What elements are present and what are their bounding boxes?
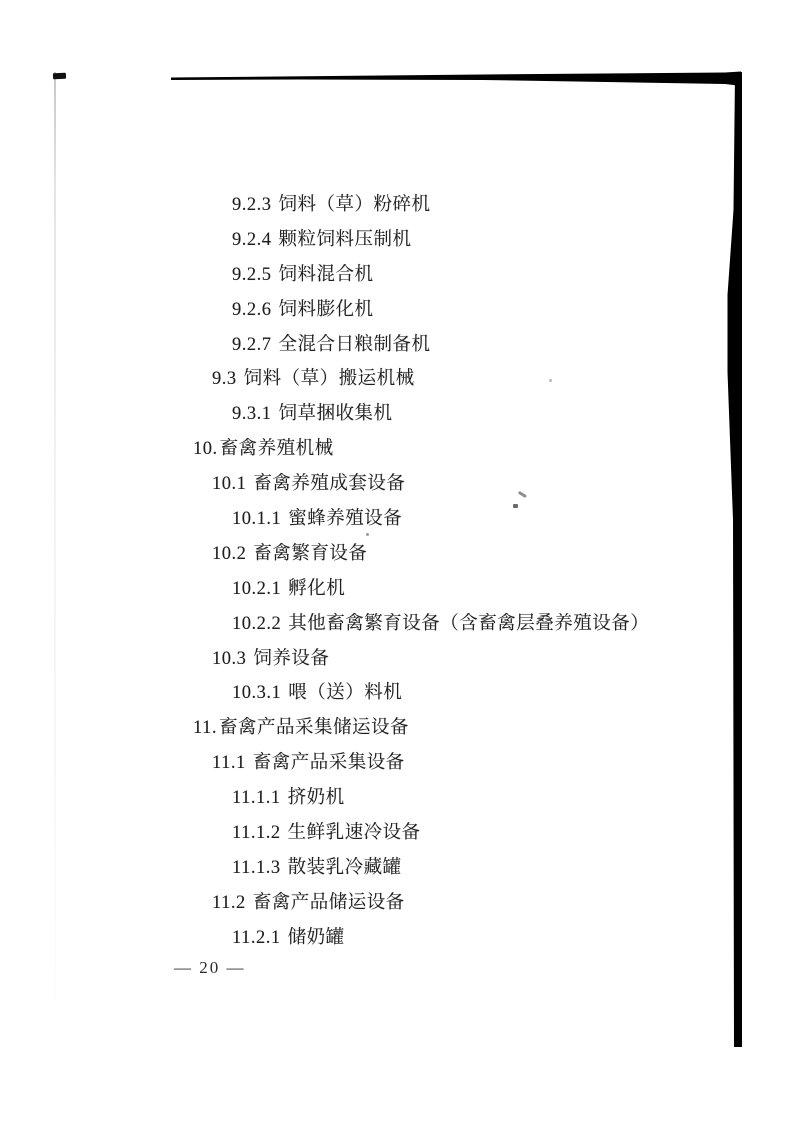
- item-label: 饲料混合机: [279, 265, 374, 285]
- item-label: 饲料膨化机: [279, 300, 374, 320]
- list-item: 11.1.1挤奶机: [0, 781, 700, 816]
- item-label: 畜禽繁育设备: [253, 544, 367, 564]
- item-label: 饲料（草）搬运机械: [244, 369, 415, 389]
- list-item: 11.2.1储奶罐: [0, 921, 700, 956]
- item-number: 9.3.1: [232, 404, 272, 424]
- item-label: 畜禽产品采集设备: [253, 753, 405, 773]
- list-item: 10.2畜禽繁育设备: [0, 537, 700, 572]
- item-number: 10.1: [212, 474, 246, 494]
- list-item: 10.2.1孵化机: [0, 572, 700, 607]
- list-item: 10.3.1喂（送）料机: [0, 676, 700, 711]
- list-item: 10.3饲养设备: [0, 642, 700, 677]
- item-number: 9.2.7: [232, 335, 272, 355]
- list-item: 9.3.1饲草捆收集机: [0, 397, 700, 432]
- item-label: 畜禽养殖机械: [220, 439, 334, 459]
- item-number: 11.1.2: [232, 823, 281, 843]
- document-page: 9.2.3饲料（草）粉碎机9.2.4颗粒饲料压制机9.2.5饲料混合机9.2.6…: [0, 0, 794, 1122]
- item-label: 颗粒饲料压制机: [279, 230, 412, 250]
- item-number: 10.3: [212, 649, 246, 669]
- item-label: 畜禽产品采集储运设备: [219, 718, 409, 738]
- list-item: 9.2.5饲料混合机: [0, 258, 700, 293]
- list-item: 10.1.1蜜蜂养殖设备: [0, 502, 700, 537]
- item-label: 全混合日粮制备机: [279, 335, 431, 355]
- item-number: 10.2.2: [232, 614, 281, 634]
- page-number: — 20 —: [174, 958, 246, 978]
- item-label: 孵化机: [288, 579, 345, 599]
- list-item: 9.3饲料（草）搬运机械: [0, 362, 700, 397]
- item-label: 饲料（草）粉碎机: [279, 195, 431, 215]
- item-label: 挤奶机: [288, 788, 345, 808]
- item-label: 散装乳冷藏罐: [288, 858, 402, 878]
- item-number: 10.2: [212, 544, 246, 564]
- item-number: 9.2.3: [232, 195, 272, 215]
- list-item: 11.1畜禽产品采集设备: [0, 746, 700, 781]
- item-number: 11.1.3: [232, 858, 281, 878]
- item-number: 9.3: [212, 369, 237, 389]
- item-number: 9.2.4: [232, 230, 272, 250]
- item-label: 其他畜禽繁育设备（含畜禽层叠养殖设备）: [288, 614, 649, 634]
- list-item: 9.2.6饲料膨化机: [0, 293, 700, 328]
- item-number: 10.3.1: [232, 683, 281, 703]
- list-item: 11.畜禽产品采集储运设备: [0, 711, 700, 746]
- item-number: 11.2.1: [232, 928, 281, 948]
- list-item: 11.2畜禽产品储运设备: [0, 886, 700, 921]
- list-item: 11.1.3散装乳冷藏罐: [0, 851, 700, 886]
- item-label: 饲草捆收集机: [279, 404, 393, 424]
- item-number: 11.: [193, 718, 217, 738]
- list-item: 9.2.4颗粒饲料压制机: [0, 223, 700, 258]
- item-number: 10.2.1: [232, 579, 281, 599]
- item-number: 10.1.1: [232, 509, 281, 529]
- item-label: 喂（送）料机: [288, 683, 402, 703]
- item-number: 11.2: [212, 893, 246, 913]
- item-number: 9.2.5: [232, 265, 272, 285]
- item-label: 畜禽养殖成套设备: [253, 474, 405, 494]
- list-item: 10.2.2其他畜禽繁育设备（含畜禽层叠养殖设备）: [0, 607, 700, 642]
- item-number: 11.1: [212, 753, 246, 773]
- item-label: 储奶罐: [288, 928, 345, 948]
- item-label: 蜜蜂养殖设备: [288, 509, 402, 529]
- list-item: 11.1.2生鲜乳速冷设备: [0, 816, 700, 851]
- list-item: 9.2.7全混合日粮制备机: [0, 328, 700, 363]
- item-number: 11.1.1: [232, 788, 281, 808]
- item-number: 10.: [193, 439, 218, 459]
- list-item: 10.1畜禽养殖成套设备: [0, 467, 700, 502]
- item-label: 生鲜乳速冷设备: [288, 823, 421, 843]
- list-item: 9.2.3饲料（草）粉碎机: [0, 188, 700, 223]
- list-item: 10.畜禽养殖机械: [0, 432, 700, 467]
- equipment-list: 9.2.3饲料（草）粉碎机9.2.4颗粒饲料压制机9.2.5饲料混合机9.2.6…: [0, 188, 700, 956]
- scan-dash-artifact: [53, 73, 66, 80]
- item-number: 9.2.6: [232, 300, 272, 320]
- item-label: 畜禽产品储运设备: [253, 893, 405, 913]
- item-label: 饲养设备: [253, 649, 329, 669]
